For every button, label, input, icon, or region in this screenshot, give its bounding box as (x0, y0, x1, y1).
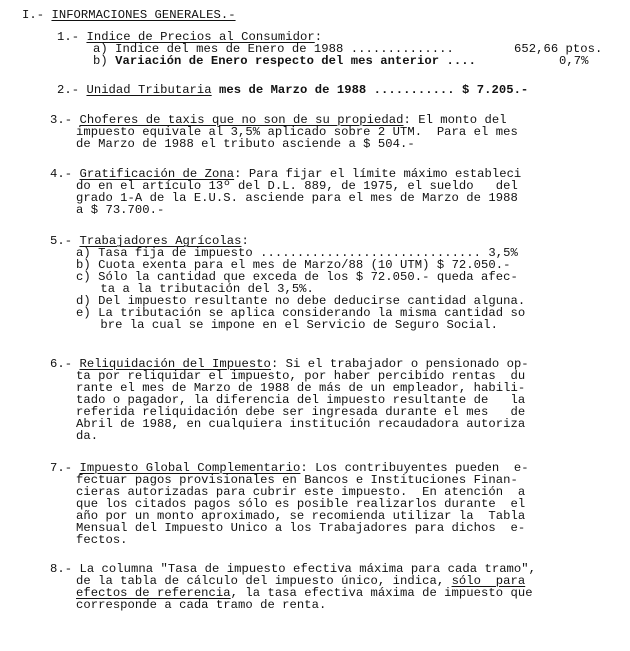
item-number: 6.- (50, 357, 72, 371)
item-number: 5.- (50, 234, 72, 248)
item-8-line-4: corresponde a cada tramo de renta. (76, 599, 326, 612)
subitem-letter: e) (76, 306, 91, 320)
section-number: I.- (22, 8, 44, 22)
item-number: 3.- (50, 113, 72, 127)
item-text: mes de Marzo de 1988 ........... $ 7.205… (212, 83, 529, 97)
item-number: 7.- (50, 461, 72, 475)
item-2: 2.- Unidad Tributaria mes de Marzo de 19… (57, 84, 528, 97)
item-6-line-6: Abril de 1988, en cualquiera institución… (76, 418, 525, 431)
item-number: 4.- (50, 167, 72, 181)
subitem-letter: b) (93, 54, 108, 68)
item-7-line-6: Mensual del Impuesto Unico a los Trabaja… (76, 522, 525, 535)
item-7-line-7: fectos. (76, 534, 128, 547)
item-1b: b) Variación de Enero respecto del mes a… (93, 55, 476, 68)
item-3-line-3: de Marzo de 1988 el tributo asciende a $… (76, 138, 415, 151)
item-5e-cont: bre la cual se impone en el Servicio de … (93, 319, 498, 332)
item-heading: Unidad Tributaria (86, 83, 211, 97)
item-4-line-4: a $ 73.700.- (76, 204, 164, 217)
section-heading: I.- INFORMACIONES GENERALES.- (22, 9, 236, 22)
subitem-text: Variación de Enero respecto del mes ante… (115, 54, 476, 68)
item-number: 8.- (50, 562, 72, 576)
document-page: I.- INFORMACIONES GENERALES.- 1.- Indice… (0, 0, 630, 651)
item-number: 2.- (57, 83, 79, 97)
item-1b-value: 0,7% (559, 55, 588, 68)
item-number: 1.- (57, 30, 79, 44)
item-6-line-7: da. (76, 430, 98, 443)
section-title: INFORMACIONES GENERALES.- (51, 8, 235, 22)
subitem-letter: c) (76, 270, 91, 284)
